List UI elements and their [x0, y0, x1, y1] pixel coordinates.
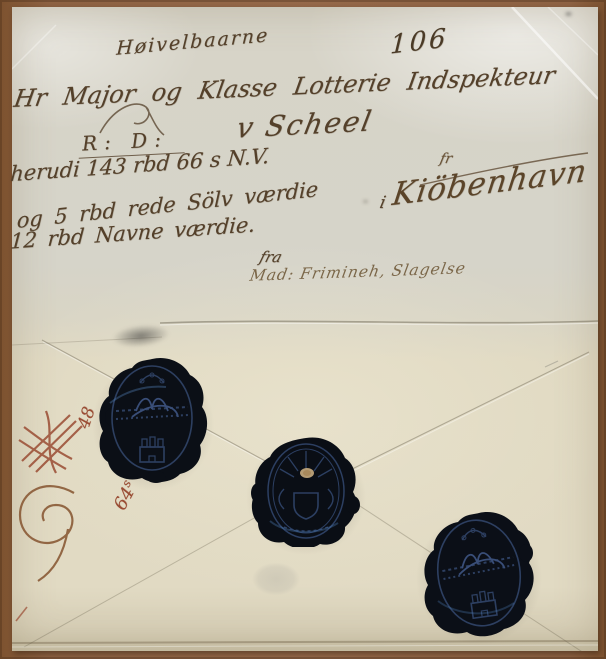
wax-seal-left: [96, 355, 208, 483]
backing-frame: Høivelbaarne 106 Hr Major og Klasse Lott…: [0, 0, 606, 659]
ghost-seal-impression: [244, 557, 308, 601]
paraph-flourish: [12, 481, 94, 585]
envelope-back: Høivelbaarne 106 Hr Major og Klasse Lott…: [12, 7, 598, 651]
small-speck: [564, 11, 573, 17]
small-red-tick: [14, 605, 30, 623]
wax-seal-right: [420, 509, 538, 637]
small-speck-2: [362, 199, 369, 204]
wax-seal-center: [250, 435, 362, 547]
